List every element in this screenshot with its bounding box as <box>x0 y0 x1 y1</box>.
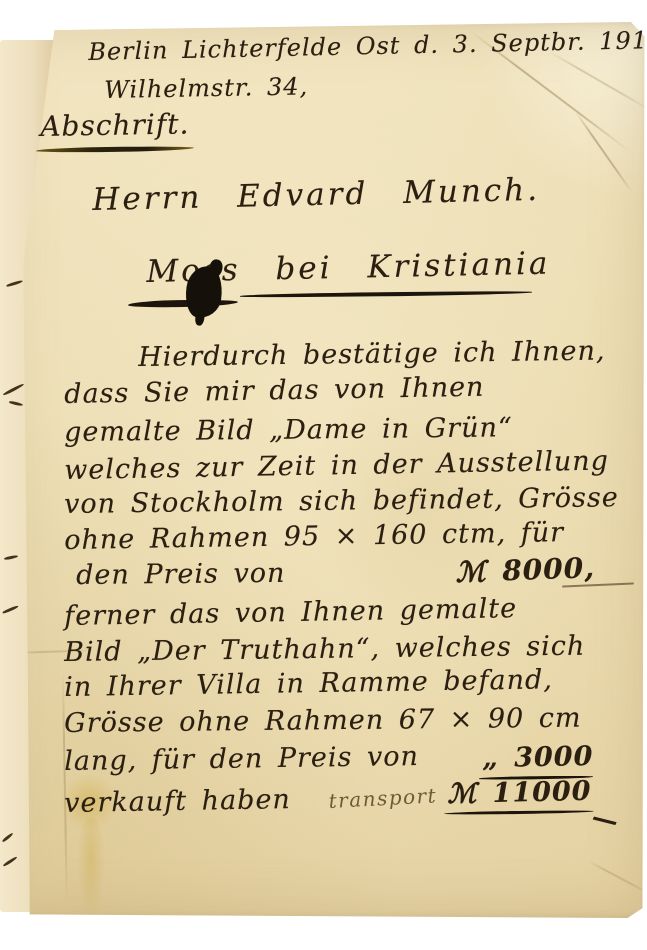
body-line: verkauft haben <box>64 784 291 819</box>
handwriting-fragment <box>4 555 18 560</box>
letter-scan: Berlin Lichterfelde Ost d. 3. Septbr. 19… <box>0 0 647 950</box>
handwriting-fragment <box>3 383 25 396</box>
body-line: lang, für den Preis von <box>64 741 419 777</box>
handwriting-fragment <box>2 605 19 615</box>
handwriting-fragment <box>6 279 23 287</box>
price-dame-in-gruen: ℳ 8000, <box>455 551 595 589</box>
copy-label: Abschrift. <box>40 107 190 143</box>
fold-crease <box>588 860 647 894</box>
body-line: Grösse ohne Rahmen 67 × 90 cm <box>64 703 582 739</box>
fold-crease <box>574 110 633 193</box>
handwriting-fragment <box>2 832 14 842</box>
handwriting-fragment <box>9 401 23 406</box>
body-line: den Preis von <box>76 558 286 591</box>
total-amount: ℳ 11000 <box>447 776 592 810</box>
street-line: Wilhelmstr. 34, <box>104 72 308 104</box>
body-line: Bild „Der Truthahn“, welches sich <box>64 631 585 668</box>
price-truthahn: „ 3000 <box>482 741 594 774</box>
paper-stain <box>78 818 104 918</box>
body-line: gemalte Bild „Dame in Grün“ <box>64 412 513 448</box>
handwriting-fragment <box>3 856 18 867</box>
body-line: Hierdurch bestätige ich Ihnen, <box>138 335 606 373</box>
